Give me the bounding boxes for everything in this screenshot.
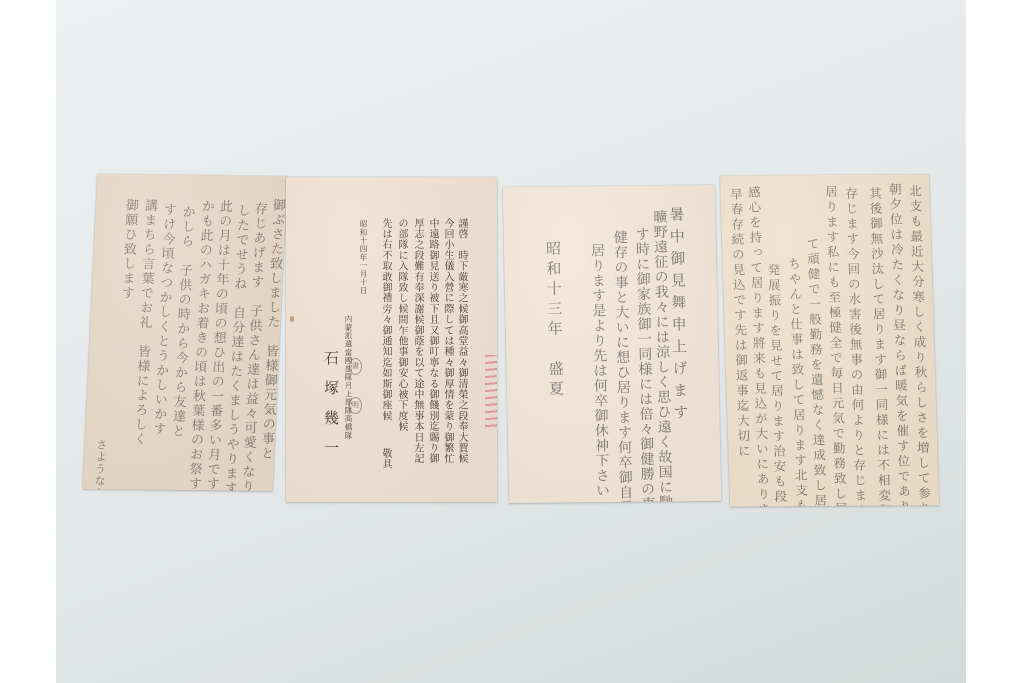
stain-mark: [290, 316, 294, 322]
letter-date: 昭和十四年一月十日: [358, 220, 367, 295]
unit-address: 内蒙派遣當國部隊月上部隊高橋隊: [343, 315, 352, 440]
handwritten-line: 御願ひ致します: [117, 198, 138, 300]
printed-line: 中遠路御見送り被下且又御叮寧なる御餞別迄賜り御: [425, 218, 437, 464]
printed-line: の部隊に入隊致し候間乍他事御安心被下度候: [394, 218, 406, 432]
handwritten-line: 健存の事と大いに想ひ居ります何卒御自愛の程: [609, 230, 634, 503]
printed-line: 謹啓 時下厳寒之候御高堂益々御清榮之段奉大賀候: [454, 218, 466, 464]
handwritten-postcard-summer-greeting: 暑中御見舞申上げます 曠野遠征の我々には涼しく思ひ遠く故国に馳 す時に御家族御一…: [503, 185, 722, 503]
circled-pencil-mark: 書: [349, 358, 362, 375]
circled-pencil-mark: 明: [349, 397, 362, 414]
handwritten-postcard-right: 北支も最近大分寒しく成り秋らしさを増して参りました 朝夕位は冷たくなり昼ならば暖…: [720, 174, 939, 506]
letter-date: 昭和十三年 盛夏: [542, 241, 563, 401]
sender-name: 石塚幾一: [321, 350, 338, 470]
red-stamp-mark: [485, 355, 497, 430]
printed-line: 厚志之段難有奉深謝候御蔭を以て途中無事本日左記: [410, 218, 422, 464]
printed-line: 今回小生儀入營に際しては種々御厚情を蒙り御繁忙: [440, 218, 452, 464]
handwritten-line: 居ります是より先は何卒御休神下さい: [586, 243, 609, 498]
printed-line: 先は右不取敢御禮旁々御通知迄如斯御座候: [378, 218, 390, 421]
signature: さようなら: [88, 439, 107, 491]
handwritten-postcard-left: 御ぶさた致しました 皆様御元気の事と 存じあげます 子供さん達は益々可愛くなりま…: [83, 174, 288, 491]
printed-postcard: 謹啓 時下厳寒之候御高堂益々御清榮之段奉大賀候 今回小生儀入營に際しては種々御厚…: [286, 177, 497, 502]
closing-text: 敬具: [378, 448, 390, 469]
